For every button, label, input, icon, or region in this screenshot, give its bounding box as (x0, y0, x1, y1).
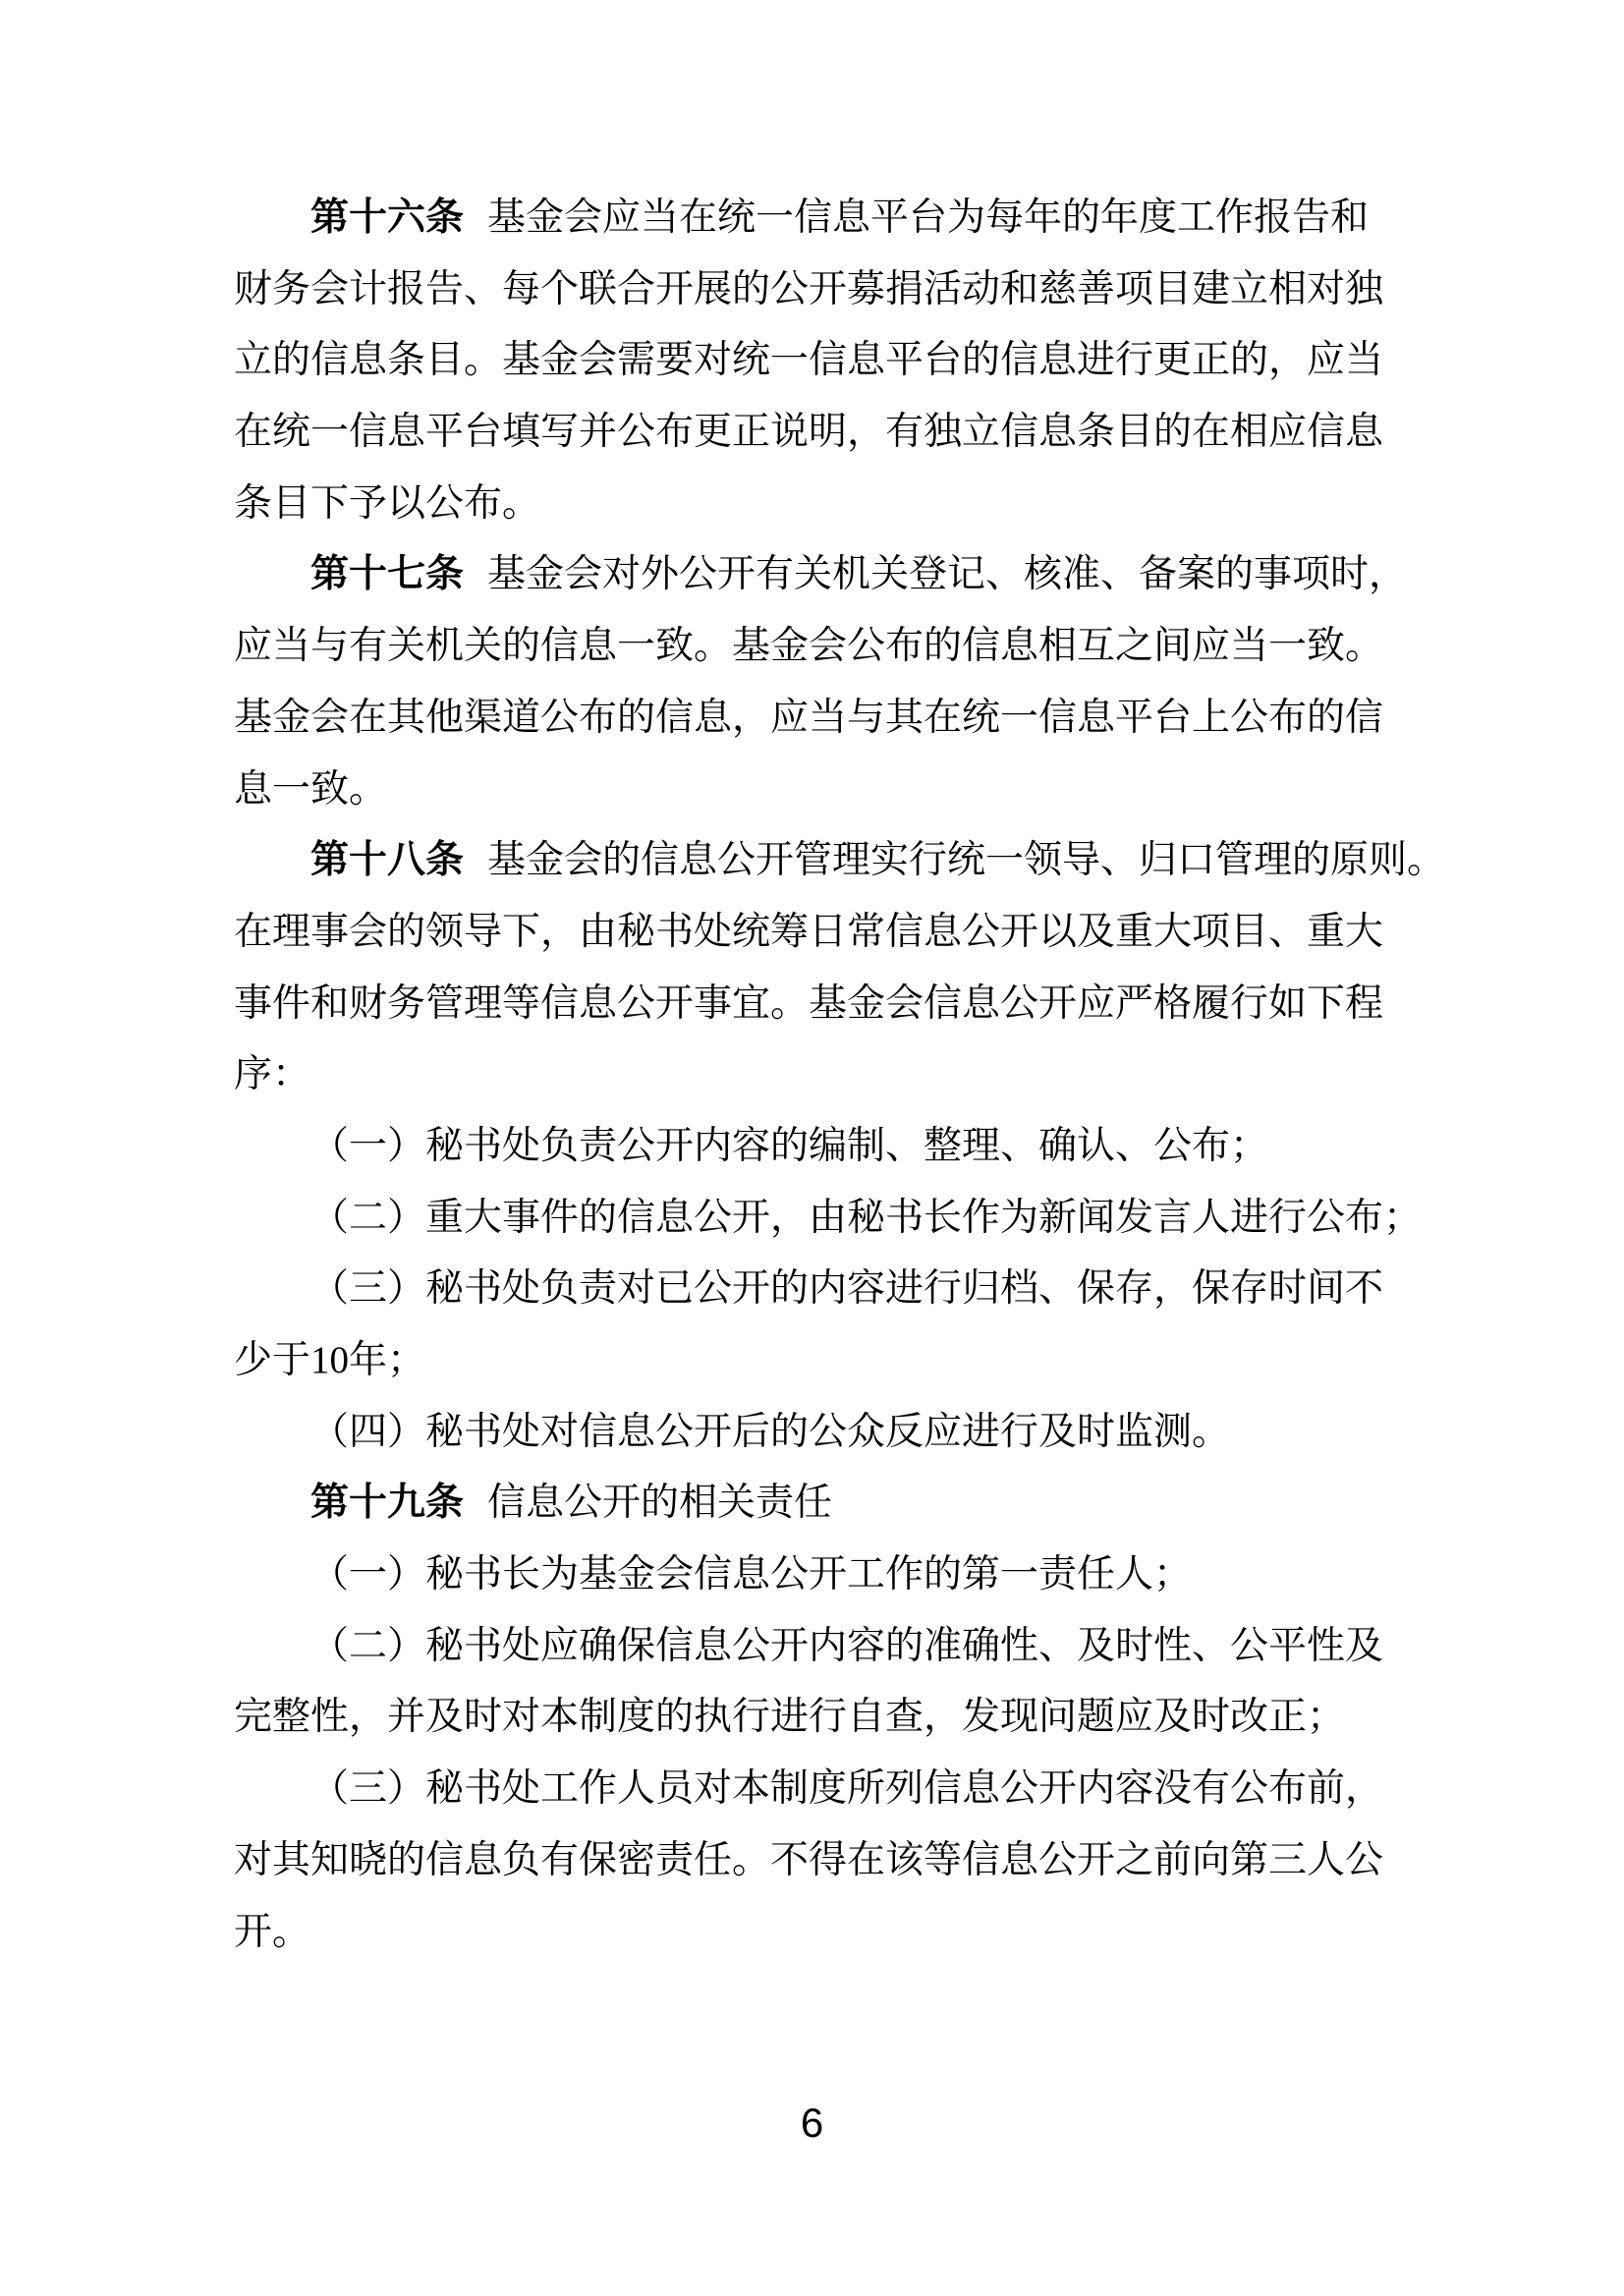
responsibility-item-3-line: 对其知晓的信息负有保密责任。不得在该等信息公开之前向第三人公 (234, 1825, 1379, 1897)
text-line-content: 序： (234, 1053, 310, 1095)
article-18-line: 事件和财务管理等信息公开事宜。基金会信息公开应严格履行如下程 (234, 969, 1379, 1040)
text-line-content: （二）秘书处应确保信息公开内容的准确性、及时性、公平性及 (310, 1625, 1383, 1667)
text-line-content: 事件和财务管理等信息公开事宜。基金会信息公开应严格履行如下程 (234, 982, 1383, 1025)
text-line-content: 在理事会的领导下，由秘书处统筹日常信息公开以及重大项目、重大 (234, 911, 1383, 953)
text-line-content: 开。 (234, 1911, 310, 1953)
text-line-content: 息一致。 (234, 768, 387, 811)
article-16-text: 基金会应当在统一信息平台为每年的年度工作报告和 (487, 196, 1369, 239)
text-line-content: 在统一信息平台填写并公布更正说明，有独立信息条目的在相应信息 (234, 411, 1383, 453)
text-line-content: （三）秘书处工作人员对本制度所列信息公开内容没有公布前， (310, 1767, 1383, 1810)
text-line-content: 应当与有关机关的信息一致。基金会公布的信息相互之间应当一致。 (234, 625, 1383, 667)
article-18-line: 第十八条基金会的信息公开管理实行统一领导、归口管理的原则。 (234, 825, 1379, 897)
text-line-content: （三）秘书处负责对已公开的内容进行归档、保存，保存时间不 (310, 1267, 1383, 1310)
text-line-content: 基金会在其他渠道公布的信息，应当与其在统一信息平台上公布的信 (234, 697, 1383, 739)
text-line-content: 条目下予以公布。 (234, 482, 540, 525)
responsibility-item-3-line: 开。 (234, 1897, 1379, 1969)
responsibility-item-2-line: （二）秘书处应确保信息公开内容的准确性、及时性、公平性及 (234, 1611, 1379, 1683)
article-19-text: 信息公开的相关责任 (487, 1482, 832, 1524)
article-16-line: 在统一信息平台填写并公布更正说明，有独立信息条目的在相应信息 (234, 397, 1379, 469)
article-16-line: 第十六条基金会应当在统一信息平台为每年的年度工作报告和 (234, 183, 1379, 254)
article-16-line: 立的信息条目。基金会需要对统一信息平台的信息进行更正的，应当 (234, 325, 1379, 397)
article-17-line: 应当与有关机关的信息一致。基金会公布的信息相互之间应当一致。 (234, 611, 1379, 683)
article-17-text: 基金会对外公开有关机关登记、核准、备案的事项时， (487, 553, 1407, 595)
procedure-item-4-line: （四）秘书处对信息公开后的公众反应进行及时监测。 (234, 1397, 1379, 1469)
document-page: 第十六条基金会应当在统一信息平台为每年的年度工作报告和 财务会计报告、每个联合开… (0, 0, 1624, 2296)
article-17-line: 息一致。 (234, 755, 1379, 826)
article-19-line: 第十九条信息公开的相关责任 (234, 1468, 1379, 1540)
page-number: 6 (0, 2102, 1624, 2144)
article-18-text: 基金会的信息公开管理实行统一领导、归口管理的原则。 (487, 839, 1445, 881)
article-17-line: 基金会在其他渠道公布的信息，应当与其在统一信息平台上公布的信 (234, 683, 1379, 755)
text-line-content: 完整性，并及时对本制度的执行进行自查，发现问题应及时改正； (234, 1696, 1345, 1738)
procedure-item-3-line: 少于10年； (234, 1325, 1379, 1397)
text-line-content: （一）秘书长为基金会信息公开工作的第一责任人； (310, 1553, 1192, 1596)
text-line-content: （一）秘书处负责公开内容的编制、整理、确认、公布； (310, 1125, 1268, 1167)
procedure-item-3-line: （三）秘书处负责对已公开的内容进行归档、保存，保存时间不 (234, 1254, 1379, 1325)
article-17-label: 第十七条 (310, 553, 464, 595)
responsibility-item-2-line: 完整性，并及时对本制度的执行进行自查，发现问题应及时改正； (234, 1682, 1379, 1754)
text-line-content: （四）秘书处对信息公开后的公众反应进行及时监测。 (310, 1411, 1230, 1453)
text-line-content: 少于10年； (234, 1339, 425, 1381)
text-line-content: 立的信息条目。基金会需要对统一信息平台的信息进行更正的，应当 (234, 339, 1383, 381)
text-line-content: 对其知晓的信息负有保密责任。不得在该等信息公开之前向第三人公 (234, 1839, 1383, 1881)
article-19-label: 第十九条 (310, 1482, 464, 1524)
procedure-item-1-line: （一）秘书处负责公开内容的编制、整理、确认、公布； (234, 1111, 1379, 1183)
text-line-content: （二）重大事件的信息公开，由秘书长作为新闻发言人进行公布； (310, 1197, 1422, 1239)
article-18-line: 在理事会的领导下，由秘书处统筹日常信息公开以及重大项目、重大 (234, 897, 1379, 969)
procedure-item-2-line: （二）重大事件的信息公开，由秘书长作为新闻发言人进行公布； (234, 1183, 1379, 1255)
responsibility-item-1-line: （一）秘书长为基金会信息公开工作的第一责任人； (234, 1540, 1379, 1611)
article-18-line: 序： (234, 1039, 1379, 1111)
article-16-line: 财务会计报告、每个联合开展的公开募捐活动和慈善项目建立相对独 (234, 254, 1379, 326)
text-line-content: 财务会计报告、每个联合开展的公开募捐活动和慈善项目建立相对独 (234, 268, 1383, 310)
article-16-label: 第十六条 (310, 196, 464, 239)
article-18-label: 第十八条 (310, 839, 464, 881)
responsibility-item-3-line: （三）秘书处工作人员对本制度所列信息公开内容没有公布前， (234, 1754, 1379, 1825)
article-17-line: 第十七条基金会对外公开有关机关登记、核准、备案的事项时， (234, 539, 1379, 611)
article-16-line: 条目下予以公布。 (234, 469, 1379, 540)
document-text-block: 第十六条基金会应当在统一信息平台为每年的年度工作报告和 财务会计报告、每个联合开… (234, 183, 1379, 1968)
